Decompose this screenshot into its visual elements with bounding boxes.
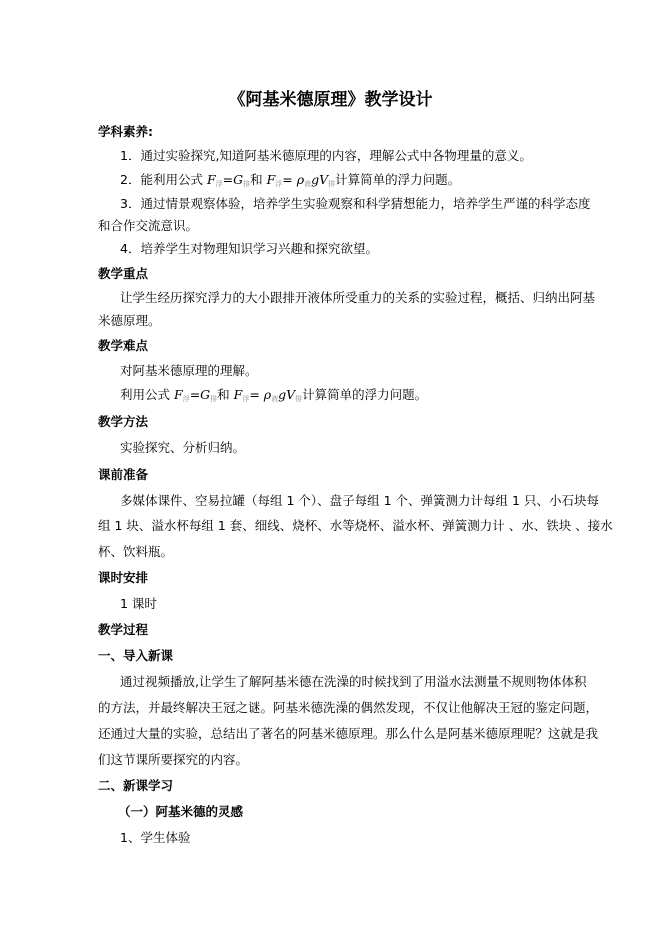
heading-method: 教学方法	[98, 414, 148, 430]
heading-literacy: 学科素养:	[98, 124, 153, 140]
formula-sub-fu: 浮	[183, 395, 190, 403]
literacy-item-2-head: 2．能利用公式	[120, 172, 203, 187]
literacy-item-2-tail: 计算简单的浮力问题。	[335, 172, 460, 187]
heading-part1: 一、导入新课	[98, 648, 173, 664]
document-page: 《阿基米德原理》教学设计 学科素养: 1．通过实验探究,知道阿基米德原理的内容，…	[0, 0, 661, 935]
focus-line-1: 让学生经历探究浮力的大小跟排开液体所受重力的关系的实验过程，概括、归纳出阿基	[120, 290, 595, 306]
formula-f: F	[207, 172, 216, 187]
formula-buoyancy: F浮=G排	[207, 172, 250, 187]
focus-line-2: 米德原理。	[98, 313, 161, 329]
heading-preparation: 课前准备	[98, 467, 148, 483]
heading-difficulty: 教学难点	[98, 338, 148, 354]
preparation-line-2: 组 1 块、溢水杯每组 1 套、细线、烧杯、水等烧杯、溢水杯、弹簧测力计 、水、…	[98, 518, 613, 534]
document-title: 《阿基米德原理》教学设计	[0, 90, 661, 110]
preparation-line-3: 杯、饮料瓶。	[98, 544, 173, 560]
formula-eq-g: =G	[223, 172, 243, 187]
difficulty-line-1: 对阿基米德原理的理解。	[120, 363, 258, 379]
formula-and: 和	[217, 387, 230, 402]
part1-line-2: 的方法，并最终解决王冠之谜。阿基米德洗澡的偶然发现，不仅让他解决王冠的鉴定问题，	[98, 700, 598, 716]
difficulty-line-2-tail: 计算简单的浮力问题。	[302, 387, 427, 402]
literacy-item-2: 2．能利用公式 F浮=G排和 F浮= ρ液gV排计算简单的浮力问题。	[120, 172, 460, 192]
formula-gv: gV	[278, 387, 295, 402]
formula-archimedes: F浮= ρ液gV排	[230, 387, 303, 402]
heading-process: 教学过程	[98, 622, 148, 638]
formula-sub-fu: 浮	[216, 180, 223, 188]
part1-line-3: 还通过大量的实验，总结出了著名的阿基米德原理。那么什么是阿基米德原理呢？这就是我	[98, 726, 598, 742]
part2-item-1: 1、学生体验	[120, 830, 190, 846]
formula-buoyancy: F浮=G排	[174, 387, 217, 402]
formula-gv: gV	[311, 172, 328, 187]
formula-eq-rho: = ρ	[282, 172, 304, 187]
heading-focus: 教学重点	[98, 266, 148, 282]
heading-schedule: 课时安排	[98, 570, 148, 586]
formula-f: F	[267, 172, 276, 187]
literacy-item-3: 3．通过情景观察体验，培养学生实验观察和科学猜想能力，培养学生严谨的科学态度	[120, 196, 590, 212]
difficulty-line-2-head: 利用公式	[120, 387, 170, 402]
literacy-item-1: 1．通过实验探究,知道阿基米德原理的内容，理解公式中各物理量的意义。	[120, 148, 532, 164]
heading-part2: 二、新课学习	[98, 778, 173, 794]
method-line: 实验探究、分析归纳。	[120, 440, 245, 456]
part1-line-1: 通过视频播放,让学生了解阿基米德在洗澡的时候找到了用溢水法测量不规则物体体积	[120, 674, 586, 690]
formula-archimedes: F浮= ρ液gV排	[263, 172, 336, 187]
schedule-line: 1 课时	[120, 596, 157, 612]
literacy-item-4: 4．培养学生对物理知识学习兴趣和探究欲望。	[120, 241, 378, 257]
preparation-line-1: 多媒体课件、空易拉罐（每组 1 个）、盘子每组 1 个、弹簧测力计每组 1 只、…	[120, 493, 599, 509]
formula-eq-g: =G	[190, 387, 210, 402]
formula-eq-rho: = ρ	[249, 387, 271, 402]
difficulty-line-2: 利用公式 F浮=G排和 F浮= ρ液gV排计算简单的浮力问题。	[120, 387, 427, 407]
formula-f: F	[174, 387, 183, 402]
subheading-inspiration: （一）阿基米德的灵感	[118, 804, 243, 820]
formula-and: 和	[250, 172, 263, 187]
part1-line-4: 们这节课所要探究的内容。	[98, 752, 248, 768]
literacy-item-3-cont: 和合作交流意识。	[98, 218, 198, 234]
